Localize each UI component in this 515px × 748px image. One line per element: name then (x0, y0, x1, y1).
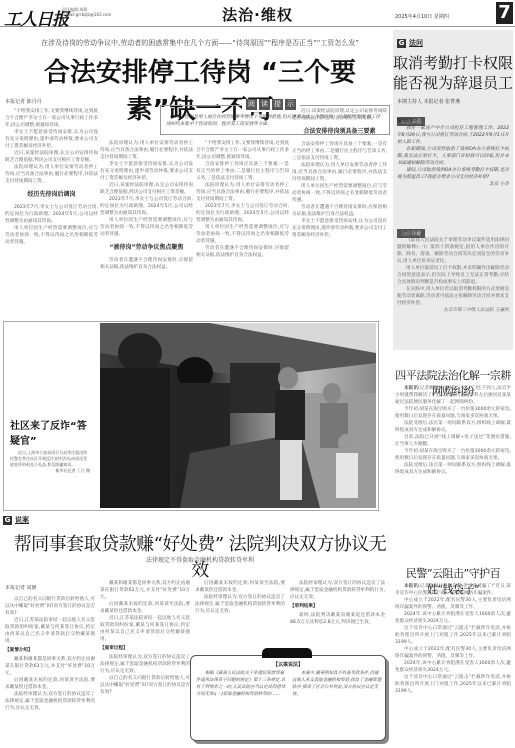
byline: 本报讯 (404, 584, 418, 589)
page-number: 7 (496, 2, 513, 24)
news-photo (100, 323, 376, 508)
paragraph: 劳动者在遭遇不合理待岗安排时,应保留相关证据,依法维护自身合法权益。 (196, 245, 289, 259)
signature: 北京市第三中级人民法院 王嘉欣 (397, 307, 509, 314)
paragraph: 劳动者在遭遇不合理待岗安排时,应保留相关证据,依法维护自身合法权益。 (100, 257, 193, 271)
section-label: 【审判结果】 (290, 603, 385, 610)
paragraph: 用人单位因生产经营需要调整岗位,应与劳动者协商一致,不得以待岗之名变相降低劳动者… (5, 225, 98, 246)
case-column-1: 本报记者 周静 以自己的名义向银行贷款后转给他人,可以从中赚取“好处费”吗?双方… (5, 585, 95, 745)
tag-label: 法问 (409, 38, 423, 48)
case-column-2: 戴某和谢某都是同事关系,双方约定由谢某在银行贷款63万元,并支付“好处费”10万… (100, 580, 190, 745)
law-box-text-left: 根据《最高人民法院关于审理民间借贷案件适用法律若干问题的规定》第十三条规定,具有… (196, 670, 286, 738)
case-tag: G 说案 (3, 515, 29, 525)
paragraph: 以自己的名义向银行贷款后转给他人,可以从中赚取“好处费”吗?双方签订的协议是否有… (5, 596, 95, 617)
lead-byline: 本报记者 陈丹丹 (5, 98, 42, 105)
byline: 本报记者 周静 (5, 585, 95, 592)
lead-column-3: “不给我安排工作,又要我继续待岗,这到底合不合理?”李女士在一家公司从事行政工作… (196, 140, 289, 316)
paragraph: 最终,法院判决戴某向谢某返还借款本金88.5万元及利息2.8万元,判决现已生效。 (290, 612, 385, 626)
issue-date: 2025年4月10日 星期四 (395, 13, 449, 20)
photo-title: 社区来了反诈“答疑官” (10, 417, 95, 447)
paragraph: 戴某和谢某都是同事关系,双方约定由谢某在银行贷款63万元,并支付“好处费”10万… (100, 580, 190, 601)
paragraph: 这个反诈中心日常通过“云阻击”拦截涉诈电话,并协助各派出所开展上门劝阻工作,20… (395, 674, 511, 695)
side-news-2-body: 本报讯(记者张林)“谢谢你们,差点就被骗了!”近日,某市反诈中心民警成功拦截一起… (395, 583, 511, 745)
paragraph: 戴某和谢某都是同事关系,双方约定由谢某在银行贷款63万元,并支付“好处费”10万… (5, 656, 95, 677)
paragraph: 这个反诈中心日常通过“云阻击”拦截涉诈电话,并协助各派出所开展上门劝阻工作,20… (395, 625, 511, 646)
lead-column-4: 近日,该案经法院审理,认定公司安排待岗缺乏合理依据,判决公司支付相应工资差额。 … (292, 108, 387, 316)
side-news-1-body: 本报讯(记者柳翰林 张倩)“三次上门还不到人,法官半小时就帮我解决了!”近日,内… (395, 385, 511, 505)
headline-line: 能否视为辞退员工 (393, 73, 513, 93)
paragraph: 法院审理认为,用人单位安排劳动者停工待岗,应当具备合法事由,履行必要程序,并依法… (196, 182, 289, 203)
section-label: 【案情介绍】 (5, 647, 95, 654)
photo-credit: 新华社记者 丁汀 摄 (10, 468, 90, 474)
tip-char: 阅 (246, 99, 257, 110)
paragraph: 近日,该案经法院审理,认定公司安排待岗缺乏合理依据,判决公司支付相应工资差额。 (292, 108, 387, 122)
law-box-tab (262, 648, 312, 658)
paragraph: 合法安排停工待岗应具备三个要素:一是有正当的停工事由,二是履行民主程序与告知义务… (292, 141, 387, 162)
paragraph: 中心成立于2022年,配有民警30人,主要负责电信网络诈骗案件的预警、劝阻、反制… (395, 646, 511, 660)
case-subheadline: 法律规定不得套取金融机构贷款转贷牟利 (10, 555, 390, 564)
greeting: 编辑您好! (397, 118, 509, 125)
paragraph: 法院审理认为,用人单位安排劳动者停工待岗,应当具备合法事由,履行必要程序,并依法… (292, 162, 387, 183)
tag-label: 说案 (15, 515, 29, 525)
paragraph: 2023年7月,李女士与公司签订劳动合同,约定岗位为行政助理。2024年5月,公… (100, 196, 193, 217)
paragraph: 用人单位因生产经营需要调整岗位,应与劳动者协商一致,不得以待岗之名变相降低劳动者… (100, 217, 193, 238)
caption-text: 近日,上海市公安局闵行分局莘庄派出所民警在莘庄社区开展反诈宣传活动,向居民发放宣… (10, 450, 90, 468)
law-box-title: 【以案说法】 (190, 661, 386, 668)
paragraph: 近日,该案经法院审理,认定公司安排待岗缺乏合理依据,判决公司支付相应工资差额。 (100, 182, 193, 196)
paragraph: 近日,江苏某法院审结一起以他人名义套取贷款的纠纷案,戴某与何某签订协议,约定由何… (5, 617, 95, 645)
paragraph: 用人单位因生产经营需要调整岗位,应与劳动者协商一致,不得以待岗之名变相降低劳动者… (292, 183, 387, 204)
paragraph: 在职期间,公司突然取消了我的OA办公系统打卡权限,我无法正常打卡。人事部门告知我… (397, 146, 509, 167)
paragraph: 以自己的名义向银行贷款后转给他人,可以从中赚取“好处费”吗?双方签订的协议是否有… (100, 675, 190, 696)
paragraph: 后因戴某未按约还款,何某诉至法院,要求戴某偿还借款本金。 (195, 580, 285, 594)
lead-column-2: 法院审理认为,用人单位安排劳动者停工待岗,应当具备合法事由,履行必要程序,并依法… (100, 140, 193, 316)
photo-caption: 近日,上海市公安局闵行分局莘庄派出所民警在莘庄社区开展反诈宣传活动,向居民发放宣… (10, 450, 90, 474)
paragraph: 2023年7月,李女士与公司签订劳动合同,约定岗位为行政助理。2024年5月,公… (5, 204, 98, 225)
paragraph: 法院经审理认为,双方签订的协议违反了法律规定,属于套取金融机构贷款转贷牟利的行为… (100, 654, 190, 675)
byline: 本报讯 (404, 386, 418, 391)
paragraph: 法院经审理认为,双方签订的协议违反了法律规定,属于套取金融机构贷款转贷牟利的行为… (5, 691, 95, 712)
tip-char: 读 (259, 99, 270, 110)
reader-letter: 编辑您好! 我在一家房产中介公司担任工程管理工作。2022年8月29日,我与公司… (397, 118, 509, 218)
subhead: “被待岗”劳动争议焦点聚焦 (100, 244, 193, 251)
paragraph: 法院受理后,法官第一时间联系双方,组织线上调解,最终促成双方达成和解协议。 (395, 462, 511, 476)
paragraph: 2024年,该中心累计劝阻潜在受害人1600余人次,避免群众经济损失3024万元… (395, 611, 511, 625)
paragraph: 法院受理后,法官第一时间联系双方,组织线上调解,最终促成双方达成和解协议。 (395, 420, 511, 434)
section-label: 【庭审过程】 (100, 645, 190, 652)
paragraph: 用人单位因生产经营需要调整岗位,应与劳动者协商一致,不得以待岗之名变相降低劳动者… (196, 224, 289, 245)
legal-qa-tag: G 法问 (397, 38, 423, 48)
paragraph: 目前,法院已开展“线上调解+电子送达”等便民措施,让当事人少跑腿。 (395, 434, 511, 448)
paragraph: 法院经审理认为,双方签订的协议违反了法律规定,属于套取金融机构贷款转贷牟利的行为… (290, 580, 385, 601)
paragraph: 中心成立于2022年,配有民警30人,主要负责电信网络诈骗案件的预警、劝阻、反制… (395, 597, 511, 611)
paragraph: 劳动者在遭遇不合理待岗安排时,应保留相关证据,依法维护自身合法权益。 (292, 204, 387, 218)
paragraph: 请问,公司取消我的OA办公系统考勤打卡权限,是否视为辞退员工?我能否要求公司支付… (397, 167, 509, 181)
paragraph: 李女士不愿意接受待岗安排,认为公司没有充分说明理由,遂申请劳动仲裁,要求公司支付… (292, 218, 387, 239)
paragraph: 李女士不愿意接受待岗安排,认为公司没有充分说明理由,遂申请劳动仲裁,要求公司支付… (100, 161, 193, 182)
sidebar-byline: 本期主持人 本报记者 张菁燕 (397, 98, 460, 105)
paragraph: 2023年7月,李女士与公司签订劳动合同,约定岗位为行政助理。2024年5月,公… (196, 203, 289, 224)
paragraph: 用人单位取消员工打卡权限,并未明确作出解除劳动合同的意思表示,但实际上导致员工无… (397, 265, 509, 286)
column-logo-icon: G (397, 39, 406, 48)
subhead: 合法安排待岗须具备三要素 (292, 128, 387, 135)
photo-scene-icon (100, 323, 376, 508)
lead-column-1: “不给我安排工作,又要我继续待岗,这到底合不合理?”李女士在一家公司从事行政工作… (5, 108, 98, 316)
signature: 北京 小李 (397, 181, 509, 188)
greeting: 小李您好! (397, 230, 509, 237)
sidebar-headline: 取消考勤打卡权限 能否视为辞退员工 (393, 53, 513, 93)
paragraph: 法院审理认为,用人单位安排劳动者停工待岗,应当具备合法事由,履行必要程序,并依法… (5, 164, 98, 185)
paragraph: 今年初,胡某在淘宝购买了一台价值3000余元的家电,使用数日后发现存在质量问题,… (395, 448, 511, 462)
law-box-text-right: 本案中,戴某明知其不具备贷款条件,仍通过他人名义套取金融机构贷款,扰乱了金融管理… (292, 670, 382, 738)
paragraph: 李女士不愿意接受待岗安排,认为公司没有充分说明理由,遂申请劳动仲裁,要求公司支付… (5, 129, 98, 150)
paragraph: 近日,该案经法院审理,认定公司安排待岗缺乏合理依据,判决公司支付相应工资差额。 (5, 150, 98, 164)
answer-text: 小李您好! 《最高人民法院关于审理劳动争议案件适用法律问题的解释(一)》第四十四… (397, 230, 509, 345)
headline-line: 取消考勤打卡权限 (393, 53, 513, 73)
paragraph: 2024年,该中心累计劝阻潜在受害人1600余人次,避免群众经济损失3024万元… (395, 660, 511, 674)
paragraph: 《最高人民法院关于审理劳动争议案件适用法律问题的解释(一)》第四十四条规定,因用… (397, 237, 509, 265)
paragraph: 近日,江苏某法院审结一起以他人名义套取贷款的纠纷案,戴某与何某签订协议,约定由何… (100, 615, 190, 643)
paragraph: 我在一家房产中介公司担任工程管理工作。2022年8月29日,我与公司签订劳动合同… (397, 125, 509, 146)
column-logo-icon: G (3, 516, 12, 525)
paragraph: 后因戴某未按约还款,何某诉至法院,要求戴某偿还借款本金。 (5, 677, 95, 691)
paragraph: 法院经审理认为,双方签订的协议违反了法律规定,属于套取金融机构贷款转贷牟利的行为… (195, 594, 285, 615)
paragraph: 今年初,胡某在淘宝购买了一台价值3000余元的家电,使用数日后发现存在质量问题,… (395, 406, 511, 420)
paragraph: “不给我安排工作,又要我继续待岗,这到底合不合理?”李女士在一家公司从事行政工作… (196, 140, 289, 161)
lead-kicker: 在涉及待岗的劳动争议中,劳动者的困惑常集中在几个方面——“待岗原因”“程序是否正… (20, 38, 380, 48)
subhead: 经历先待岗后调岗 (5, 191, 98, 198)
case-column-3: 后因戴某未按约还款,何某诉至法院,要求戴某偿还借款本金。 法院经审理认为,双方签… (195, 580, 285, 645)
paragraph: 后因戴某未按约还款,何某诉至法院,要求戴某偿还借款本金。 (100, 601, 190, 615)
paragraph: 法院审理认为,用人单位安排劳动者停工待岗,应当具备合法事由,履行必要程序,并依法… (100, 140, 193, 161)
tip-char: 提 (272, 99, 283, 110)
paragraph: 在实践中,用人单位若以取消考勤权限的方式变相迫使劳动者离职,劳动者可依法主张解除… (397, 286, 509, 307)
case-column-4: 法院经审理认为,双方签订的协议违反了法律规定,属于套取金融机构贷款转贷牟利的行为… (290, 580, 385, 645)
paragraph: 合法安排停工待岗应具备三个要素:一是有正当的停工事由,二是履行民主程序与告知义务… (196, 161, 289, 182)
paragraph: “不给我安排工作,又要我继续待岗,这到底合不合理?”李女士在一家公司从事行政工作… (5, 108, 98, 129)
